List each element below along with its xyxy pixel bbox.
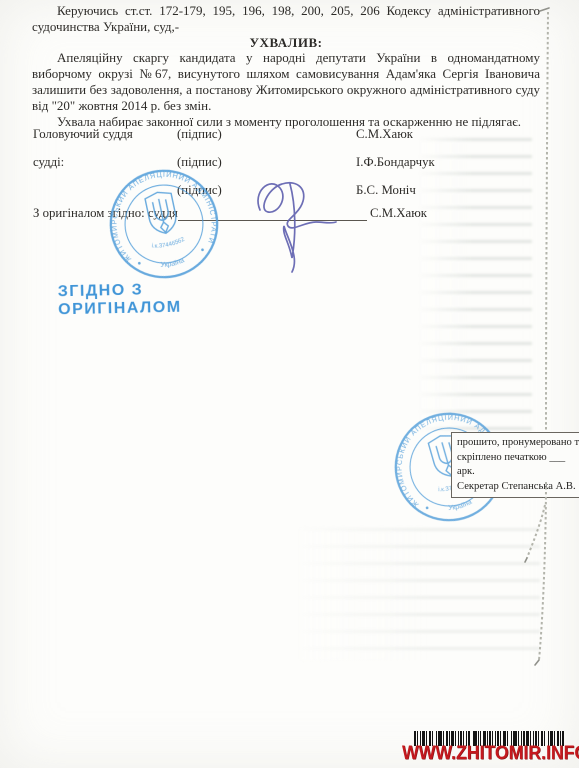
certified-copy-stamp: ЗГІДНО З ОРИГІНАЛОМ <box>58 281 182 320</box>
judge-role: судді: <box>33 155 64 170</box>
binding-label: прошито, пронумеровано та скріплено печа… <box>451 432 579 498</box>
bleed-through-text-ghost <box>300 528 540 660</box>
handwritten-signature <box>238 162 388 277</box>
scanned-court-document-page: Керуючись ст.ст. 172-179, 195, 196, 198,… <box>0 0 579 768</box>
signature-placeholder: (підпис) <box>177 127 222 142</box>
judge-role: Головуючий суддя <box>33 127 133 142</box>
site-watermark: WWW.ZHITOMIR.INFO <box>402 743 579 765</box>
bleed-through-text-ghost <box>420 138 532 430</box>
document-body: Керуючись ст.ст. 172-179, 195, 196, 198,… <box>32 3 540 129</box>
binding-label-line2: скріплено печаткою ___ арк. <box>457 451 579 480</box>
judge-name: С.М.Хаюк <box>356 127 413 142</box>
ruling-paragraph: Апеляційну скаргу кандидата у народні де… <box>32 50 540 113</box>
copy-stamp-line2: ОРИГІНАЛОМ <box>58 299 182 320</box>
intro-paragraph: Керуючись ст.ст. 172-179, 195, 196, 198,… <box>32 3 540 35</box>
ruling-heading: УХВАЛИВ: <box>32 35 540 51</box>
binding-label-line3: Секретар Степанська А.В. <box>457 480 579 495</box>
court-round-seal <box>96 156 231 291</box>
binding-label-line1: прошито, пронумеровано та <box>457 436 579 451</box>
